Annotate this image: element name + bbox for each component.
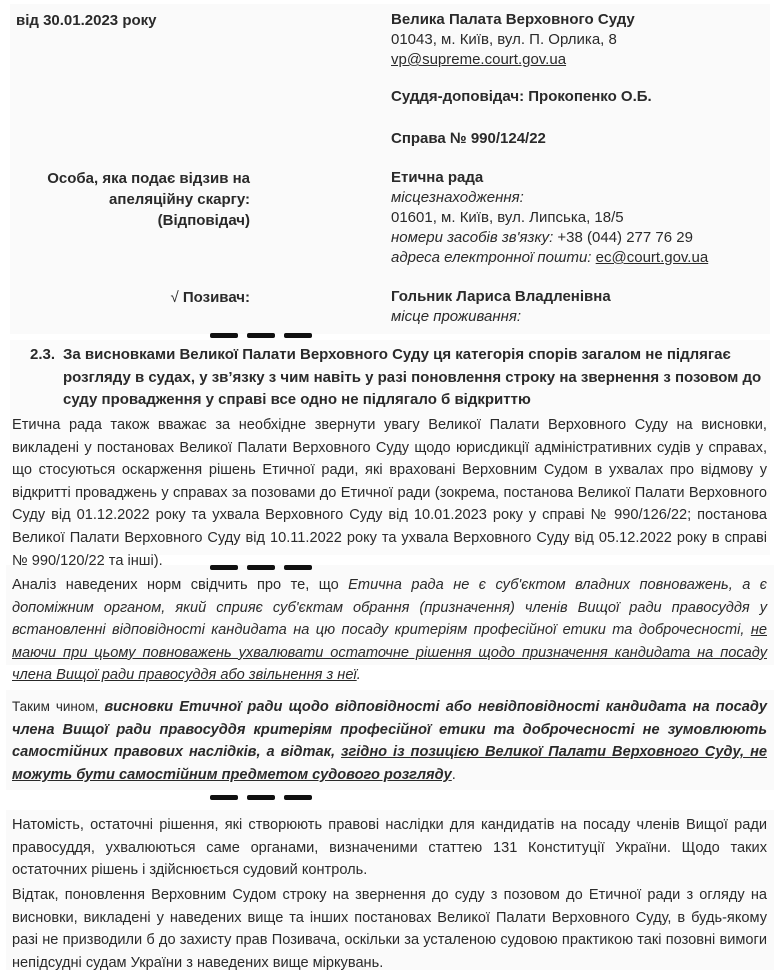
conclusion-end: . (452, 767, 456, 783)
dash-icon (284, 565, 312, 570)
plaintiff-residence-label: місце проживання: (391, 307, 611, 327)
paragraph-final-decisions: Натомість, остаточні рішення, які створю… (12, 814, 767, 882)
case-number: Справа № 990/124/22 (391, 130, 546, 147)
court-name: Велика Палата Верховного Суду (391, 10, 635, 30)
respondent-phone: +38 (044) 277 76 29 (557, 229, 693, 246)
respondent-address: 01601, м. Київ, вул. Липська, 18/5 (391, 208, 708, 228)
dash-icon (247, 333, 275, 338)
respondent-label-line2: (Відповідач) (0, 210, 250, 231)
court-address-block: Велика Палата Верховного Суду 01043, м. … (391, 10, 635, 70)
section-number: 2.3. (30, 344, 55, 367)
respondent-email-link[interactable]: ec@court.gov.ua (596, 249, 709, 266)
analysis-text: Аналіз наведених норм свідчить про те, щ… (12, 577, 348, 593)
respondent-location-label: місцезнаходження: (391, 188, 708, 208)
paragraph-jurisdiction: Етична рада також вважає за необхідне зв… (12, 414, 767, 572)
omission-separator (210, 565, 300, 571)
respondent-name: Етична рада (391, 168, 708, 188)
document-date: від 30.01.2023 року (16, 12, 157, 29)
respondent-label-line1: Особа, яка подає відзив на апеляційну ск… (0, 168, 250, 210)
dash-icon (210, 333, 238, 338)
dash-icon (284, 333, 312, 338)
plaintiff-label: √ Позивач: (170, 287, 250, 308)
judge-rapporteur: Суддя-доповідач: Прокопенко О.Б. (391, 88, 652, 105)
paragraph-conclusion: Таким чином, висновки Етичної ради щодо … (12, 696, 767, 786)
plaintiff-name: Гольник Лариса Владленівна (391, 287, 611, 307)
check-icon: √ (170, 289, 178, 306)
analysis-end: . (357, 667, 361, 683)
dash-icon (210, 565, 238, 570)
omission-separator (210, 795, 300, 801)
respondent-label: Особа, яка подає відзив на апеляційну ск… (0, 168, 250, 231)
dash-icon (247, 565, 275, 570)
plaintiff-label-text: Позивач: (183, 289, 250, 306)
court-address: 01043, м. Київ, вул. П. Орлика, 8 (391, 30, 635, 50)
respondent-block: Етична рада місцезнаходження: 01601, м. … (391, 168, 708, 268)
dash-icon (247, 795, 275, 800)
conclusion-text: Таким чином, (12, 699, 104, 714)
section-heading: 2.3. За висновками Великої Палати Верхов… (30, 344, 765, 412)
paragraph-analysis: Аналіз наведених норм свідчить про те, щ… (12, 574, 767, 687)
respondent-phone-label: номери засобів зв'язку: (391, 229, 553, 246)
section-title: За висновками Великої Палати Верховного … (63, 344, 765, 412)
respondent-email-label: адреса електронної пошти: (391, 249, 591, 266)
court-email-link[interactable]: vp@supreme.court.gov.ua (391, 51, 566, 68)
dash-icon (284, 795, 312, 800)
omission-separator (210, 333, 300, 339)
paragraph-consequence: Відтак, поновлення Верховним Судом строк… (12, 884, 767, 974)
dash-icon (210, 795, 238, 800)
plaintiff-block: Гольник Лариса Владленівна місце прожива… (391, 287, 611, 327)
